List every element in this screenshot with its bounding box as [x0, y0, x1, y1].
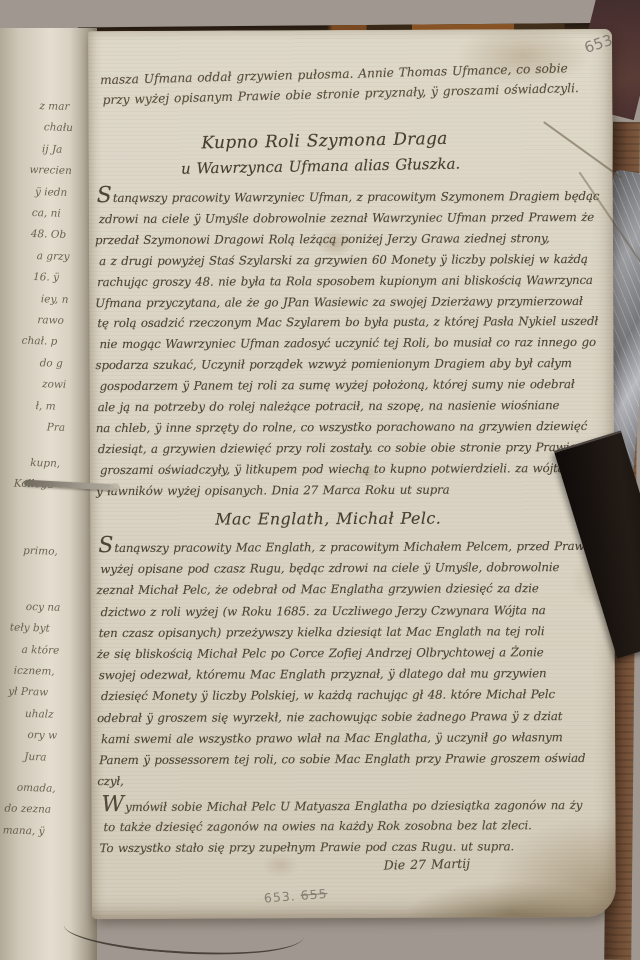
manuscript-line: groszami oświadczyły, ÿ litkupem pod wie… [100, 458, 601, 481]
pencil-page-number-top: 653 [582, 31, 615, 57]
page-fragment-line: rawo [4, 309, 65, 332]
date-line: Die 27 Martij [384, 856, 471, 873]
page-fragment-line: z mar [9, 95, 70, 118]
manuscript-line: nie mogąc Wawrzyniec Ufman zadosyć uczyn… [99, 332, 600, 355]
manuscript-line: swojej odezwał, któremu Mac Englath przy… [99, 663, 592, 686]
entry2-heading: Mac Englath, Michał Pelc. [66, 508, 590, 529]
page-fragment-line: a grzy [5, 245, 70, 268]
manuscript-line: zeznał Michał Pelc, że odebrał od Mac En… [96, 578, 591, 601]
page-fragment-line: ory w [0, 724, 57, 747]
page-fragment-line: do g [2, 352, 63, 375]
manuscript-line: ale ją na potrzeby do rolej należące pot… [98, 395, 601, 418]
manuscript-line: Ufmana przyczytana, ale że go JPan Wasie… [95, 290, 600, 313]
manuscript-line: gospodarzem ÿ Panem tej roli za sumę wyż… [100, 374, 601, 397]
entry1-heading-line1: Kupno Roli Szymona Draga [62, 126, 586, 156]
pencil-number-struck: 655 [300, 886, 328, 903]
entry2-body: Stanąwszy pracowity Mac Englath, z praco… [98, 536, 592, 793]
manuscript-photo: z marchałuij Jawrecienÿ iednca, ni48. Ob… [0, 0, 640, 960]
manuscript-line: ten czasz opisanych) przeżywszy kielka d… [99, 621, 592, 644]
page-fragment-line: zowi [2, 374, 67, 397]
page-fragment-line: Pra [1, 416, 66, 439]
manuscript-line: wyżej opisane pod czasz Rugu, będąc zdro… [100, 557, 591, 580]
page-fragment-line: ÿ iedn [7, 181, 68, 204]
manuscript-line: to także dziesięć zagonów na owies na ka… [103, 815, 582, 837]
main-page: masza Ufmana oddał grzywien pułosma. Ann… [88, 29, 616, 919]
page-fragment-line: ij Ja [8, 138, 63, 161]
page-fragment-line: chał. p [3, 331, 58, 354]
manuscript-line: kami swemi ale wszystko prawo wlał na Ma… [101, 727, 592, 750]
pencil-page-number-bottom: 653. 655 [263, 886, 328, 906]
page-fragment-line: ocy na [0, 596, 61, 619]
page-fragment-line: uhalz [0, 703, 54, 726]
manuscript-line: To wszystko stało się przy zupełnym Praw… [100, 836, 583, 859]
page-fragment-line: ył Praw [0, 681, 48, 704]
manuscript-line: że się bliskością Michał Pelc po Corce Z… [97, 642, 592, 665]
page-fragment-line: teły byt [0, 617, 50, 640]
manuscript-line: ÿ ławników wyżej opisanych. Dnia 27 Marc… [96, 479, 601, 502]
intro-lines: masza Ufmana oddał grzywien pułosma. Ann… [100, 58, 579, 110]
entry1-body: Stanąwszy pracowity Wawrzyniec Ufman, z … [97, 186, 601, 502]
page-fragment-line: a które [0, 639, 60, 662]
manuscript-line: tę rolą osadzić rzeczonym Mac Szylarem b… [97, 311, 600, 334]
manuscript-line: odebrał ÿ groszem się wyrzekł, nie zacho… [97, 706, 592, 729]
pencil-number-main: 653. [263, 888, 296, 905]
page-fragment-line: 16. ÿ [5, 267, 60, 290]
previous-page-text-fragments: z marchałuij Jawrecienÿ iednca, ni48. Ob… [0, 95, 70, 843]
page-fragment-line: primo, [0, 541, 58, 564]
manuscript-line: na chleb, ÿ inne sprzęty do rolne, co ws… [96, 416, 601, 439]
page-fragment-line: ł, m [1, 395, 56, 418]
manuscript-line: dzictwo z roli wyżej (w Roku 1685. za Uc… [101, 600, 592, 623]
manuscript-line: rachując groszy 48. nie była ta Rola spo… [97, 270, 600, 293]
manuscript-line: Panem ÿ possessorem tej roli, co sobie M… [99, 748, 592, 771]
page-fragment-line: mana, ÿ [0, 820, 45, 843]
manuscript-line: Stanąwszy pracowity Mac Englath, z praco… [98, 536, 591, 559]
entry1-heading-line2: u Wawrzynca Ufmana alias Głuszka. [59, 152, 583, 180]
manuscript-line: przedał Szymonowi Dragowi Rolą leżącą po… [95, 228, 600, 251]
manuscript-line: Wymówił sobie Michał Pelc U Matyasza Eng… [101, 795, 582, 818]
page-fragment-line: Jura [0, 746, 47, 769]
manuscript-line: czył, [97, 769, 592, 792]
page-fragment-line: do zezna [0, 798, 51, 821]
manuscript-line: dziesięć Monety ÿ liczby Polskiej, w każ… [101, 684, 592, 707]
page-fragment-line: iey, n [4, 288, 69, 311]
entry2-addendum: Wymówił sobie Michał Pelc U Matyasza Eng… [101, 795, 582, 858]
manuscript-line: spodarza szukać, Uczynił porządek wzwyż … [95, 353, 600, 376]
manuscript-line: dziesiąt, a grzywien dziewięć przy roli … [98, 437, 601, 460]
manuscript-line: a z drugi powyżej Staś Szylarski za grzy… [99, 249, 600, 272]
page-fragment-line: kupn, [0, 452, 60, 475]
page-fragment-line: ca, ni [6, 202, 61, 225]
manuscript-line: zdrowi na ciele ÿ Umyśle dobrowolnie zez… [99, 207, 600, 230]
page-fragment-line: 48. Ob [6, 224, 67, 247]
page-fragment-line: icznem, [0, 660, 55, 683]
page-fragment-line: omada, [0, 777, 56, 800]
manuscript-line: Stanąwszy pracowity Wawrzyniec Ufman, z … [97, 186, 600, 209]
